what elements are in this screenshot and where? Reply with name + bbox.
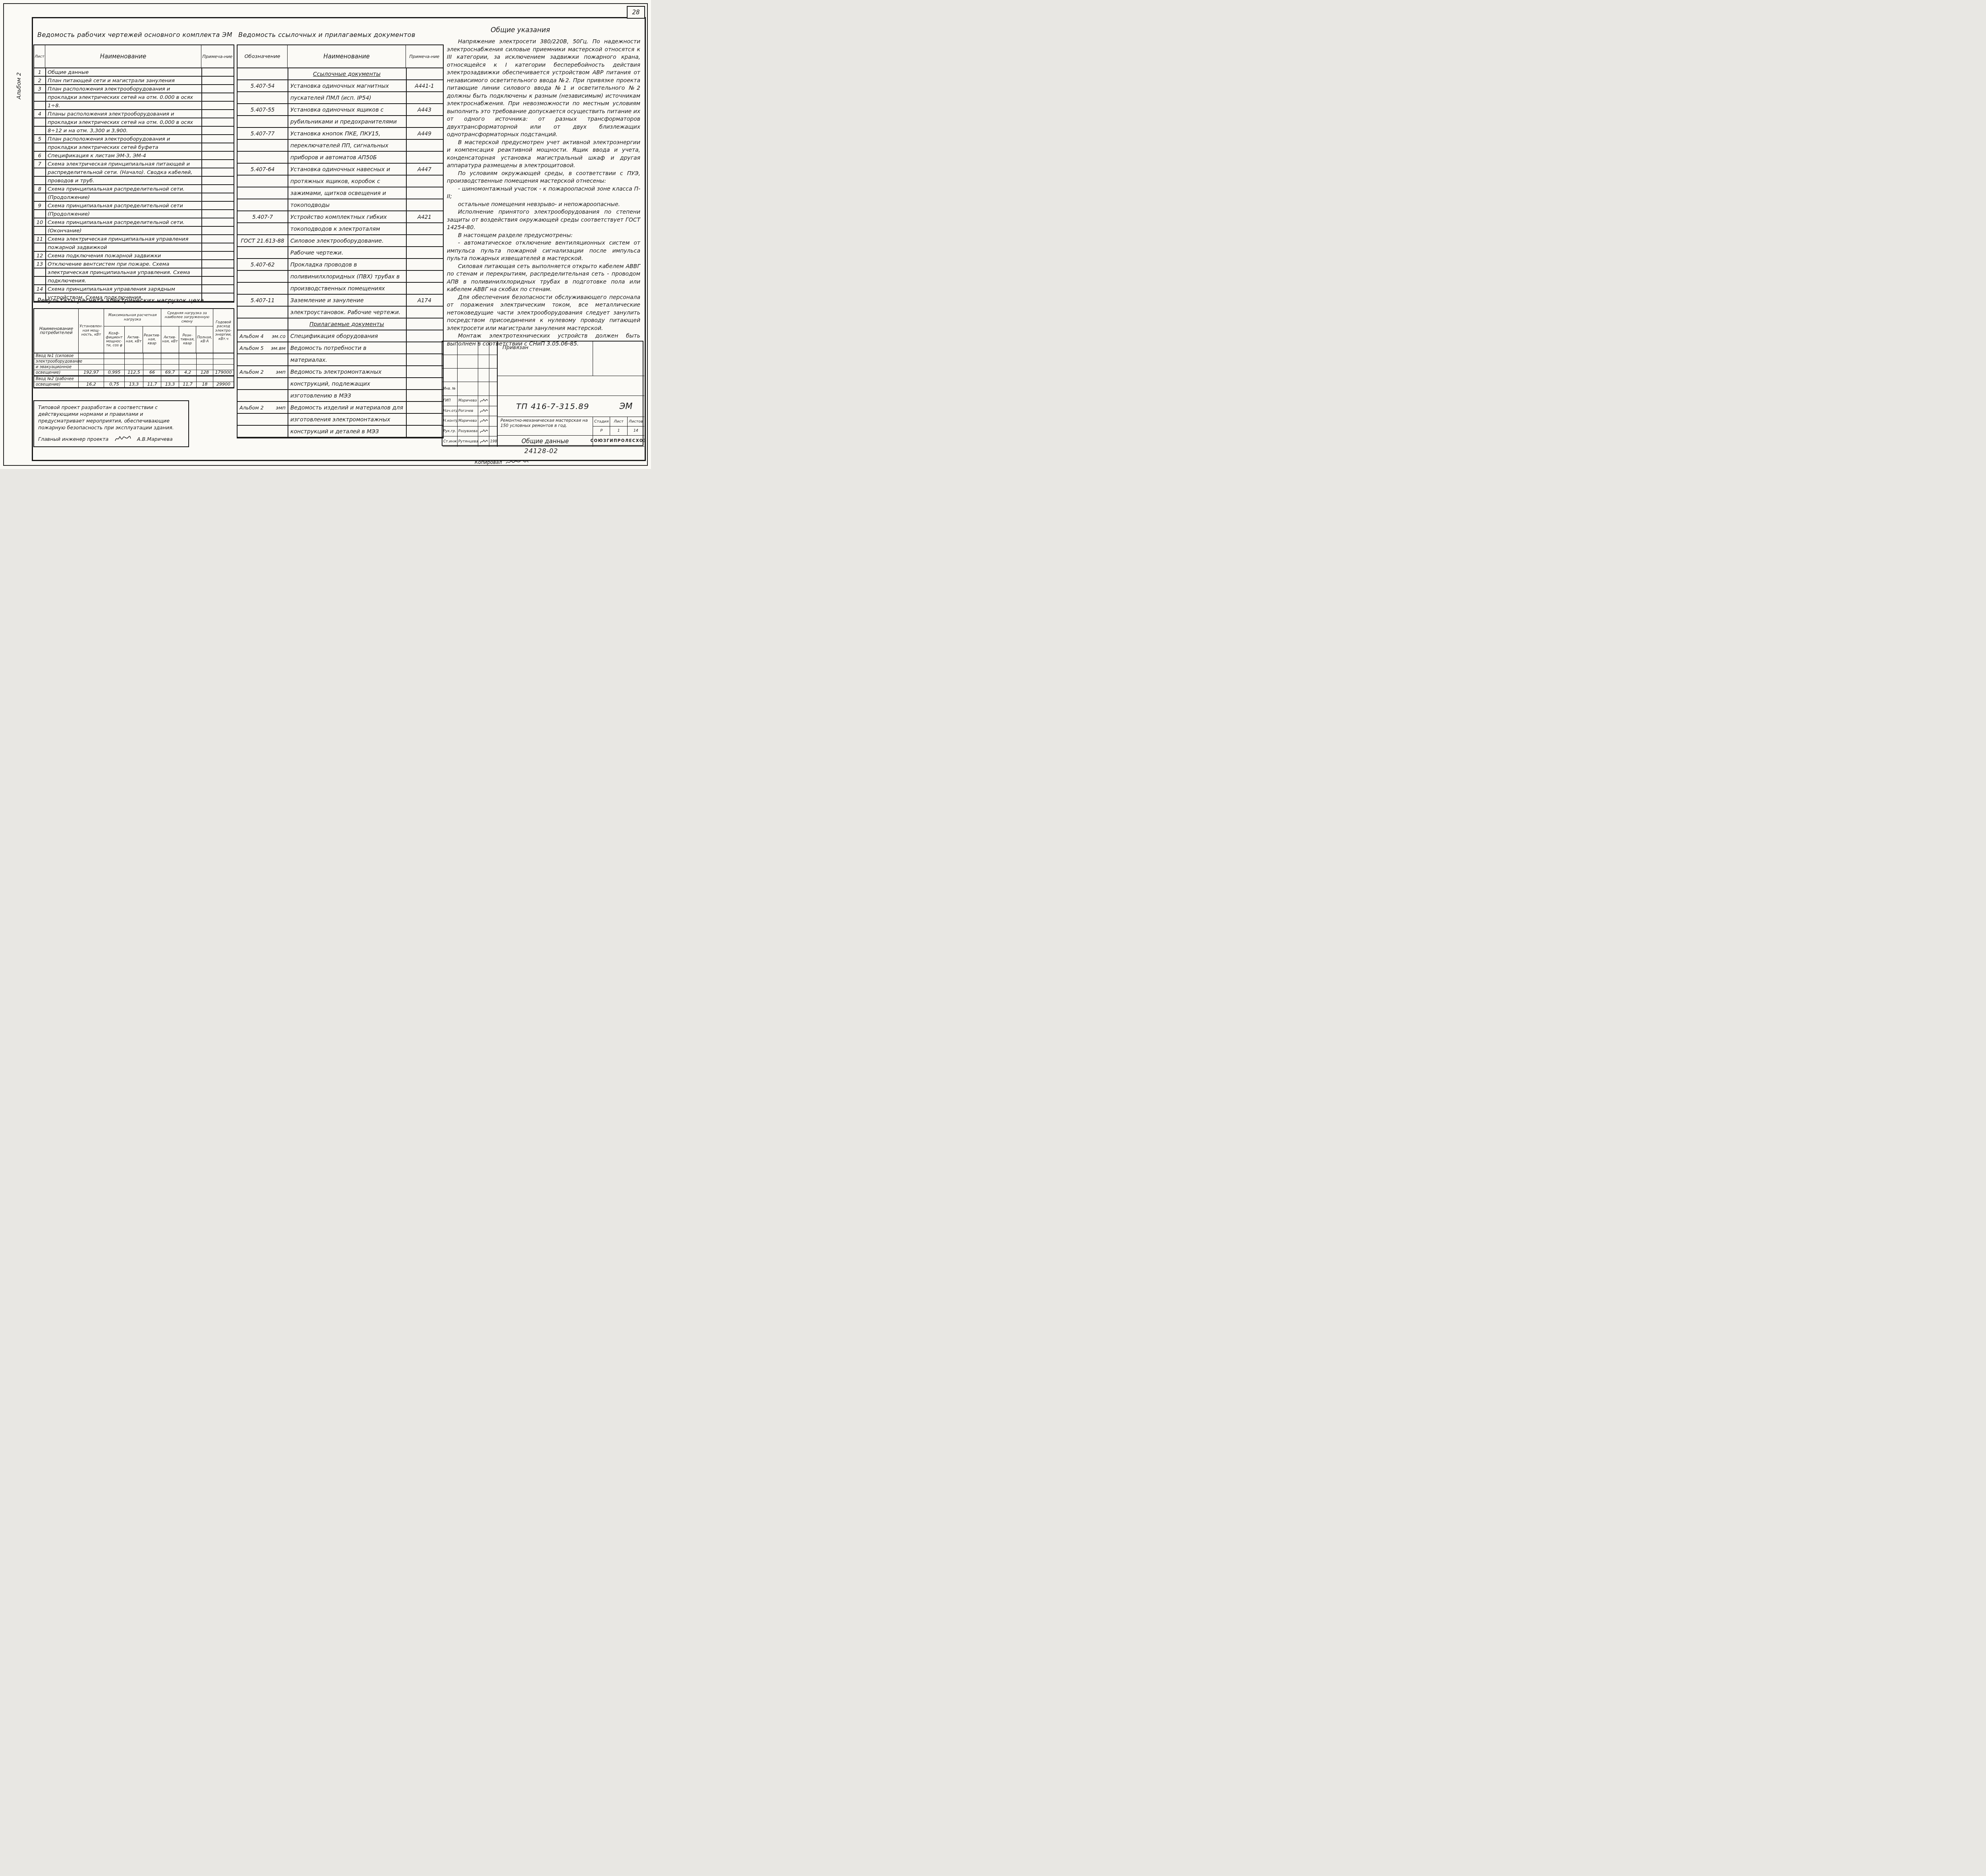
worksheet-sheet-number: 13	[34, 260, 45, 268]
load-installed: 192,97	[79, 353, 104, 376]
staff-row: Н.контр. Маричева	[442, 416, 497, 427]
staff-name: Рогачев	[458, 406, 478, 417]
staff-role: Нач.отд	[442, 406, 458, 417]
load-installed: 16,2	[79, 376, 104, 388]
refdoc-code: 5.407-64	[238, 164, 288, 176]
staff-date	[489, 427, 497, 437]
load-reactive: 66	[143, 353, 161, 376]
refdoc-code: 5.407-11	[238, 295, 288, 307]
worksheet-name: Схема принципиальная распределительной с…	[45, 202, 201, 218]
worksheet-name: План расположения электрооборудования и …	[45, 135, 201, 152]
refdocs-section-referenced: Ссылочные документы	[288, 68, 406, 80]
staff-name: Маричева	[458, 396, 478, 406]
worksheet-sheet-number: 12	[34, 252, 45, 260]
attached-doc-marka: эм.вм	[271, 342, 286, 354]
refdoc-note: А174	[406, 295, 443, 307]
refdocs-col-note: Примеча-ние	[406, 45, 443, 68]
general-notes-paragraph: остальные помещения невзрыво- и непожаро…	[447, 201, 640, 209]
worksheet-name: План питающей сети и магистрали занулени…	[45, 77, 201, 85]
grid-cell	[458, 355, 478, 369]
worksheets-col-name: Наименование	[45, 45, 201, 68]
refdoc-name: Устройство комплектных гибких токоподвод…	[288, 211, 406, 235]
grid-cell	[489, 382, 497, 396]
attached-doc-row: Альбом 5 эм.вм Ведомость потребности в м…	[238, 342, 443, 366]
grid-cell	[442, 342, 458, 355]
sheet-label: Лист	[610, 417, 627, 426]
column-divider	[288, 68, 288, 438]
chief-engineer-name: А.В.Маричева	[137, 436, 173, 442]
staff-role: Ст.инж.	[442, 436, 458, 447]
load-consumer-name: Ввод №1 (силовое электрооборудование и э…	[34, 353, 79, 376]
staff-date	[489, 406, 497, 417]
title-block-upper-grid: Инв. №	[442, 342, 497, 396]
staff-signature	[478, 416, 489, 427]
general-notes-paragraph: Напряжение электросети 380/220В, 50Гц. П…	[447, 38, 640, 139]
refdoc-row: 5.407-64 Установка одиночных навесных и …	[238, 164, 443, 211]
load-avg-reactive: 4,2	[179, 353, 197, 376]
attached-doc-album: Альбом 4	[240, 330, 264, 342]
refdoc-name: Установка одиночных навесных и протяжных…	[288, 164, 406, 211]
worksheet-sheet-number: 11	[34, 235, 45, 243]
attached-doc-marka: эмп	[276, 366, 286, 378]
load-avg-active: 13,3	[161, 376, 179, 388]
worksheets-body: 1 Общие данные 2 План питающей сети и ма…	[34, 68, 234, 302]
loads-row: Ввод №1 (силовое электрооборудование и э…	[34, 353, 234, 376]
signature-icon	[479, 428, 488, 434]
staff-role: ГИП	[442, 396, 458, 406]
staff-date	[489, 416, 497, 427]
worksheet-name: План расположения электрооборудования и …	[45, 85, 201, 110]
attached-doc-code: Альбом 5 эм.вм	[238, 342, 288, 354]
binding-note-cell: Привязан	[497, 342, 593, 376]
general-notes: Напряжение электросети 380/220В, 50Гц. П…	[447, 38, 640, 348]
worksheet-name: Схема подключения пожарной задвижки	[45, 252, 201, 260]
refdoc-row: 5.407-7 Устройство комплектных гибких то…	[238, 211, 443, 235]
staff-signature	[478, 406, 489, 417]
grid-cell	[489, 342, 497, 355]
signature-icon	[479, 418, 488, 424]
refdocs-attached-rows: Альбом 4 эм.со Спецификация оборудования…	[238, 330, 443, 438]
attached-doc-code: Альбом 2 эмп	[238, 402, 288, 414]
worksheet-row: 13 Отключение вентсистем при пожаре. Схе…	[34, 260, 234, 285]
grid-cell	[478, 355, 489, 369]
empty-strip	[497, 376, 644, 396]
worksheet-sheet-number: 2	[34, 77, 45, 85]
loads-col-installed: Уста­новлен­ная мощ­ность, кВт	[79, 309, 104, 353]
worksheet-name: Общие данные	[45, 68, 201, 77]
refdoc-name: Установка одиночных ящиков с рубильникам…	[288, 104, 406, 128]
attached-doc-album: Альбом 2	[240, 402, 264, 414]
loads-col-avg-reactive: Реак­тив­ная, квар	[179, 326, 197, 353]
worksheet-name: Схема электрическая принципиальная питаю…	[45, 160, 201, 185]
refdocs-body: Ссылочные документы 5.407-54 Установка о…	[238, 68, 443, 438]
copied-by-note: Копировал	[475, 459, 529, 465]
general-notes-paragraph: В настоящем разделе предусмотрены:	[447, 232, 640, 240]
column-divider	[406, 68, 407, 438]
worksheet-row: 1 Общие данные	[34, 68, 234, 77]
loads-table: Наименование потребителей Уста­новлен­на…	[33, 308, 234, 388]
load-annual: 179000	[213, 353, 234, 376]
attached-doc-row: Альбом 2 эмп Ведомость изделий и материа…	[238, 402, 443, 438]
grid-cell	[442, 355, 458, 369]
general-notes-paragraph: - автоматическое отключение вентиляционн…	[447, 239, 640, 263]
stage-value: Р	[593, 427, 610, 436]
column-divider	[45, 68, 46, 302]
signature-icon	[479, 438, 488, 445]
loads-group-avg-label: Средняя нагрузка за наиболее загруженную…	[161, 309, 213, 326]
attached-doc-name: Ведомость электромонтажных конструкций, …	[288, 366, 406, 402]
staff-signature	[478, 396, 489, 406]
loads-body: Ввод №1 (силовое электрооборудование и э…	[34, 353, 234, 388]
refdoc-note: А441-1	[406, 80, 443, 92]
attached-doc-row: Альбом 2 эмп Ведомость электромонтажных …	[238, 366, 443, 402]
refdoc-row: ГОСТ 21.613-88 Силовое электрооборудован…	[238, 235, 443, 259]
grid-cell	[442, 369, 458, 382]
attached-doc-name: Спецификация оборудования	[288, 330, 406, 342]
general-notes-paragraph: По условиям окружающей среды, в соответс…	[447, 170, 640, 185]
refdoc-name: Силовое электрооборудование. Рабочие чер…	[288, 235, 406, 259]
worksheet-row: 9 Схема принципиальная распределительной…	[34, 202, 234, 218]
attached-doc-marka: эмп	[276, 402, 286, 414]
chief-engineer-label: Главный инженер проекта	[38, 436, 108, 442]
worksheets-header: Лист Наименование Примеча-ние	[34, 45, 234, 68]
worksheets-col-note: Примеча-ние	[201, 45, 234, 68]
worksheet-name: Планы расположения электрооборудования и…	[45, 110, 201, 135]
load-avg-active: 69,7	[161, 353, 179, 376]
attached-doc-name: Ведомость изделий и материалов для изгот…	[288, 402, 406, 438]
refdoc-note: А443	[406, 104, 443, 116]
drawing-sheet: 28 Альбом 2 Ведомость рабочих чертежей о…	[0, 0, 651, 469]
loads-col-cos: Коэф­фици­ент мощнос­ти, cos φ	[104, 326, 125, 353]
attached-doc-album: Альбом 5	[240, 342, 264, 354]
refdocs-col-name: Наименование	[288, 45, 406, 68]
staff-signature	[478, 436, 489, 447]
staff-row: Нач.отд Рогачев	[442, 406, 497, 417]
refdoc-name: Установка одиночных магнитных пускателей…	[288, 80, 406, 104]
load-annual: 29900	[213, 376, 234, 388]
worksheet-row: 2 План питающей сети и магистрали зануле…	[34, 77, 234, 85]
album-side-label: Альбом 2	[16, 72, 22, 99]
inventory-number-label: Инв. №	[442, 382, 458, 396]
attached-doc-album: Альбом 2	[240, 366, 264, 378]
refdocs-referenced-rows: 5.407-54 Установка одиночных магнитных п…	[238, 80, 443, 318]
load-full: 128	[197, 353, 213, 376]
worksheet-sheet-number: 8	[34, 185, 45, 193]
worksheet-row: 4 Планы расположения электрооборудования…	[34, 110, 234, 135]
refdoc-row: 5.407-77 Установка кнопок ПКЕ, ПКУ15, пе…	[238, 128, 443, 164]
grid-cell	[458, 382, 478, 396]
refdocs-col-code: Обозначение	[238, 45, 288, 68]
column-divider	[201, 68, 202, 302]
loads-col-name: Наименование потребителей	[34, 309, 79, 353]
grid-cell	[489, 355, 497, 369]
typical-project-note: Типовой проект разработан в соответствии…	[33, 400, 189, 447]
handwritten-doc-number: 24128-02	[524, 447, 558, 455]
organization-cell: СОЮЗГИПРОЛЕСХОЗ	[593, 436, 644, 447]
general-notes-paragraph: - шиномонтажный участок - к пожароопасно…	[447, 185, 640, 201]
worksheet-row: 8 Схема принципиальная распределительной…	[34, 185, 234, 202]
worksheet-sheet-number: 5	[34, 135, 45, 143]
worksheet-name: Схема электрическая принципиальная управ…	[45, 235, 201, 252]
title-block-staff: ГИП Маричева Нач.отд Рогачев	[442, 396, 497, 447]
refdoc-row: 5.407-62 Прокладка проводов в поливинилх…	[238, 259, 443, 295]
refdocs-header: Обозначение Наименование Примеча-ние	[238, 45, 443, 68]
refdoc-name: Установка кнопок ПКЕ, ПКУ15, переключате…	[288, 128, 406, 164]
refdoc-row: 5.407-54 Установка одиночных магнитных п…	[238, 80, 443, 104]
worksheet-row: 12 Схема подключения пожарной задвижки	[34, 252, 234, 260]
loads-col-active: Ак­тив­ная, кВт	[125, 326, 143, 353]
loads-title: Результаты расчета электрических нагрузо…	[37, 297, 204, 304]
general-notes-paragraph: Силовая питающая сеть выполняется открыт…	[447, 263, 640, 294]
loads-group-avg: Средняя нагрузка за наиболее загруженную…	[161, 309, 213, 353]
refdoc-code: 5.407-55	[238, 104, 288, 116]
refdoc-note: А421	[406, 211, 443, 223]
refdoc-code: ГОСТ 21.613-88	[238, 235, 288, 247]
grid-cell	[458, 342, 478, 355]
refdoc-row: 5.407-11 Заземление и зануление электроу…	[238, 295, 443, 318]
attached-doc-code: Альбом 2 эмп	[238, 366, 288, 378]
signature-icon	[114, 435, 131, 443]
staff-row: Ст.инж. Рутянцева 1989	[442, 436, 497, 447]
load-full: 18	[197, 376, 213, 388]
load-active: 13,3	[125, 376, 143, 388]
worksheets-title: Ведомость рабочих чертежей основного ком…	[37, 31, 232, 39]
staff-role: Рук.гр.	[442, 427, 458, 437]
worksheet-name: Схема принципиальная распределительной с…	[45, 185, 201, 202]
load-consumer-name: Ввод №2 (рабочее освещение)	[34, 376, 79, 388]
worksheet-sheet-number: 9	[34, 202, 45, 210]
load-avg-reactive: 11,7	[179, 376, 197, 388]
staff-name: Рутянцева	[458, 436, 478, 447]
worksheet-row: 7 Схема электрическая принципиальная пит…	[34, 160, 234, 185]
attached-doc-name: Ведомость потребности в материалах.	[288, 342, 406, 366]
signature-icon	[479, 398, 488, 404]
sheets-value: 14	[628, 427, 644, 436]
stage-table: Стадия Лист Листов Р 1 14	[593, 417, 644, 436]
refdoc-row: 5.407-55 Установка одиночных ящиков с ру…	[238, 104, 443, 128]
empty-cell	[593, 342, 644, 376]
note-text: Типовой проект разработан в соответствии…	[38, 404, 184, 431]
refdoc-note: А449	[406, 128, 443, 140]
staff-name: Маричева	[458, 416, 478, 427]
refdoc-code: 5.407-77	[238, 128, 288, 140]
attached-doc-row: Альбом 4 эм.со Спецификация оборудования	[238, 330, 443, 342]
attached-doc-code: Альбом 4 эм.со	[238, 330, 288, 342]
staff-row: ГИП Маричева	[442, 396, 497, 406]
loads-header: Наименование потребителей Уста­новлен­на…	[34, 309, 234, 353]
signature-icon	[505, 459, 529, 465]
sheet-value: 1	[610, 427, 627, 436]
worksheet-sheet-number: 14	[34, 285, 45, 293]
refdocs-title: Ведомость ссылочных и прилагаемых докуме…	[238, 31, 415, 39]
sheets-label: Листов	[628, 417, 644, 426]
general-notes-paragraph: В мастерской предусмотрен учет активной …	[447, 139, 640, 170]
load-cos: 0,995	[104, 353, 125, 376]
kit-mark: ЭМ	[608, 401, 644, 411]
load-cos: 0,75	[104, 376, 125, 388]
load-active: 112,5	[125, 353, 143, 376]
load-reactive: 11,7	[143, 376, 161, 388]
loads-col-reactive: Реак­тив­ная, квар	[143, 326, 161, 353]
worksheet-name: Отключение вентсистем при пожаре. Схема …	[45, 260, 201, 285]
worksheets-col-sheet: Лист	[34, 45, 45, 68]
worksheet-row: 3 План расположения электрооборудования …	[34, 85, 234, 110]
worksheet-row: 11 Схема электрическая принципиальная уп…	[34, 235, 234, 252]
staff-date: 1989	[489, 436, 497, 447]
worksheet-sheet-number: 1	[34, 68, 45, 77]
title-block: Инв. № ГИП Маричева Нач.отд Ро	[442, 341, 643, 446]
grid-cell	[458, 369, 478, 382]
grid-cell	[478, 342, 489, 355]
signature-icon	[479, 408, 488, 414]
worksheet-sheet-number: 7	[34, 160, 45, 168]
staff-row: Рук.гр. Разуваева	[442, 427, 497, 437]
worksheet-sheet-number: 6	[34, 152, 45, 160]
refdoc-code: 5.407-7	[238, 211, 288, 223]
sheet-title-cell: Общие данные	[497, 436, 593, 447]
document-code-cell: ТП 416-7-315.89 ЭМ	[497, 396, 644, 417]
general-notes-paragraph: Для обеспечения безопасности обслуживающ…	[447, 294, 640, 333]
refdoc-name: Заземление и зануление электроустановок.…	[288, 295, 406, 318]
refdoc-code: 5.407-62	[238, 259, 288, 271]
loads-col-full: Пол­ная, кВ·А	[196, 326, 213, 353]
project-name-cell: Ремонтно-механическая мастерская на 150 …	[497, 417, 593, 436]
document-code: ТП 416-7-315.89	[498, 401, 608, 411]
worksheet-sheet-number: 10	[34, 218, 45, 227]
refdocs-section-attached: Прилагаемые документы	[288, 318, 406, 330]
staff-name: Разуваева	[458, 427, 478, 437]
grid-cell	[478, 382, 489, 396]
refdocs-table: Обозначение Наименование Примеча-ние Ссы…	[237, 44, 444, 438]
refdoc-name: Прокладка проводов в поливинилхлоридных …	[288, 259, 406, 295]
refdoc-note: А447	[406, 164, 443, 176]
worksheet-name: Спецификация к листам ЭМ-3, ЭМ-4	[45, 152, 201, 160]
general-notes-paragraph: Исполнение принятого электрооборудования…	[447, 208, 640, 232]
worksheet-row: 5 План расположения электрооборудования …	[34, 135, 234, 152]
staff-signature	[478, 427, 489, 437]
loads-col-annual: Годовой расход электро­энергии, кВт.ч	[213, 309, 234, 353]
page-number: 28	[627, 6, 645, 19]
attached-doc-marka: эм.со	[272, 330, 286, 342]
refdoc-code: 5.407-54	[238, 80, 288, 92]
general-notes-title: Общие указания	[461, 26, 580, 34]
loads-group-max-label: Максимальная расчетная нагрузка	[104, 309, 161, 326]
loads-col-avg-active: Актив­ная, кВт	[161, 326, 179, 353]
stage-label: Стадия	[593, 417, 610, 426]
worksheet-row: 10 Схема принципиальная распределительно…	[34, 218, 234, 235]
grid-cell	[478, 369, 489, 382]
loads-row: Ввод №2 (рабочее освещение) 16,2 0,75 13…	[34, 376, 234, 388]
worksheet-row: 6 Спецификация к листам ЭМ-3, ЭМ-4	[34, 152, 234, 160]
staff-date	[489, 396, 497, 406]
worksheet-name: Схема принципиальная распределительной с…	[45, 218, 201, 235]
grid-cell	[489, 369, 497, 382]
loads-group-max: Максимальная расчетная нагрузка Коэф­фиц…	[104, 309, 161, 353]
staff-role: Н.контр.	[442, 416, 458, 427]
worksheet-sheet-number: 4	[34, 110, 45, 118]
worksheets-table: Лист Наименование Примеча-ние 1 Общие да…	[33, 44, 234, 303]
copied-by-label: Копировал	[475, 459, 502, 465]
worksheet-sheet-number: 3	[34, 85, 45, 93]
